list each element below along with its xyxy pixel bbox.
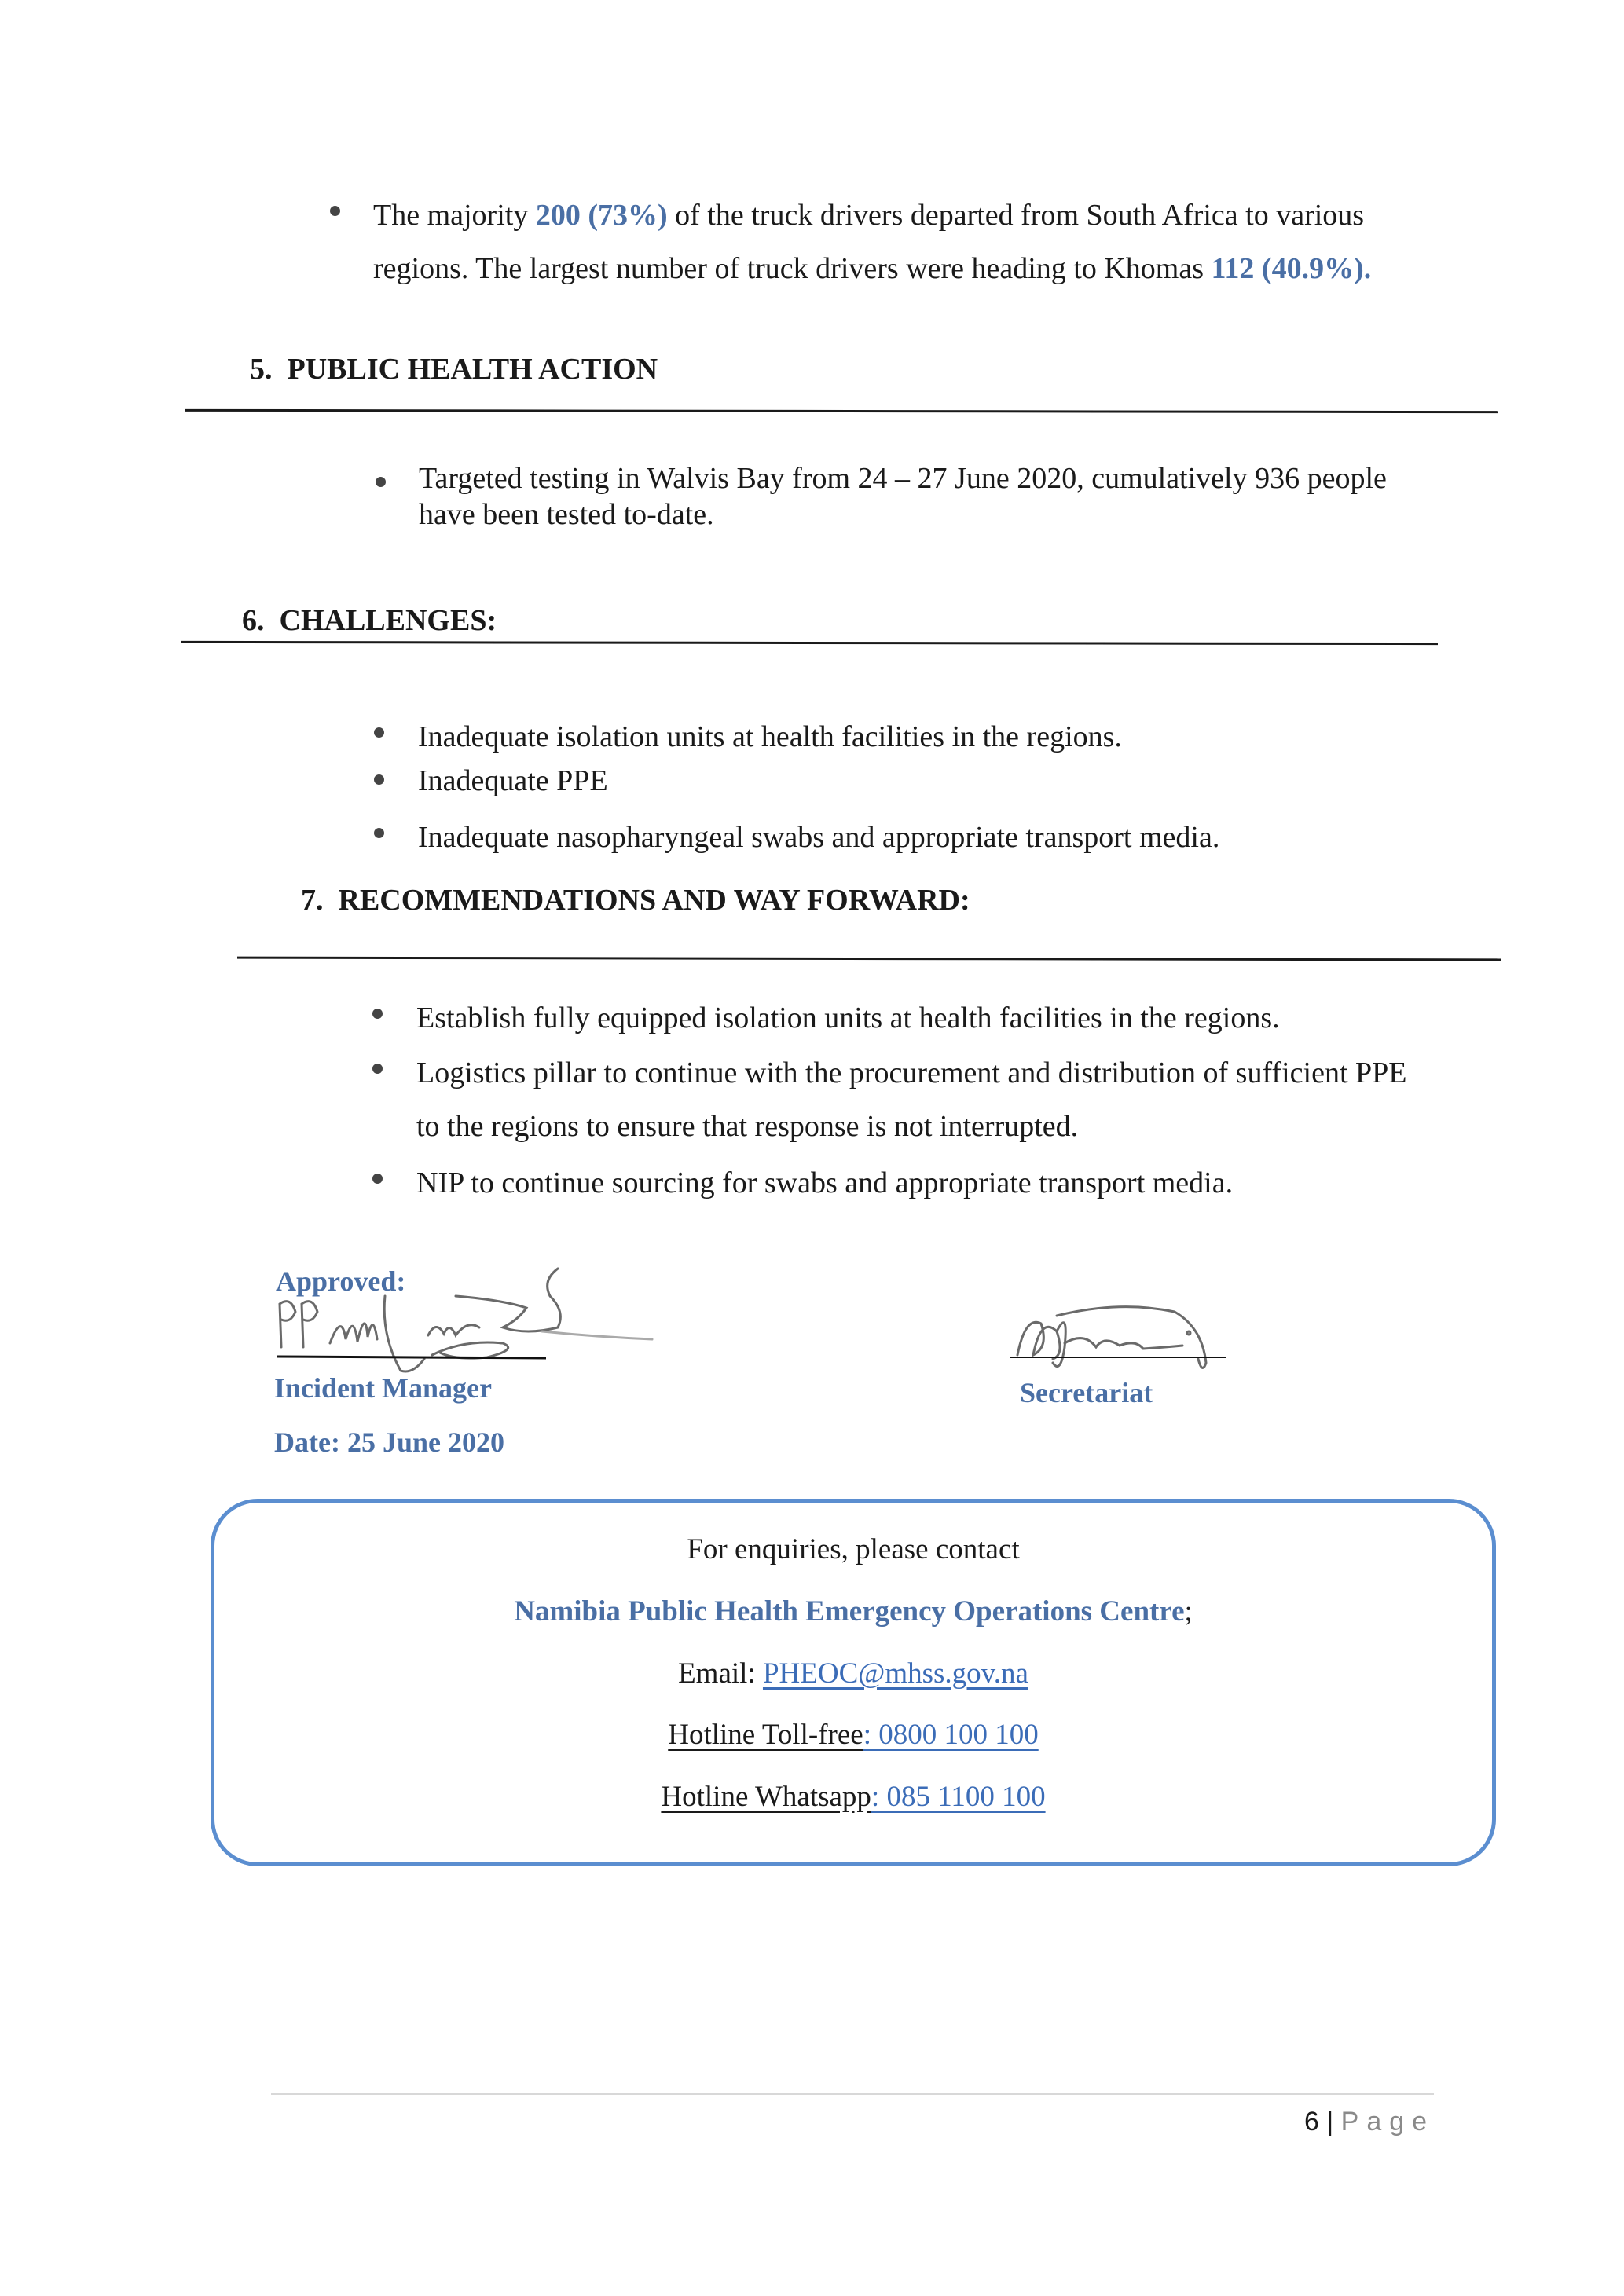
bullet-icon <box>372 1009 383 1019</box>
section-divider <box>237 957 1501 961</box>
challenge-item: Inadequate PPE <box>418 754 608 807</box>
section5-bullet: Targeted testing in Walvis Bay from 24 –… <box>419 460 1387 533</box>
contact-whatsapp: Hotline Whatsapp: 085 1100 100 <box>214 1780 1492 1814</box>
tollfree-number-link[interactable]: : 0800 100 100 <box>863 1719 1039 1751</box>
challenge-item: Inadequate nasopharyngeal swabs and appr… <box>418 811 1219 864</box>
bullet-icon <box>374 828 384 838</box>
whatsapp-number-link[interactable]: : 085 1100 100 <box>871 1781 1046 1813</box>
section4-bullet-line1: The majority 200 (73%) of the truck driv… <box>373 189 1364 242</box>
contact-intro: For enquiries, please contact <box>214 1532 1492 1566</box>
section4-bullet-line2: regions. The largest number of truck dri… <box>373 242 1371 295</box>
bullet-icon <box>374 727 384 738</box>
bullet-icon <box>374 774 384 785</box>
contact-organization: Namibia Public Health Emergency Operatio… <box>214 1595 1492 1628</box>
section-divider <box>181 641 1438 645</box>
approval-date: Date: 25 June 2020 <box>274 1426 504 1459</box>
recommendation-item: NIP to continue sourcing for swabs and a… <box>416 1156 1233 1210</box>
bullet-icon <box>372 1174 383 1184</box>
highlight-value: 112 (40.9%). <box>1212 252 1372 285</box>
email-link[interactable]: PHEOC@mhss.gov.na <box>763 1657 1028 1690</box>
bullet-icon <box>372 1064 383 1074</box>
recommendation-item: Logistics pillar to continue with the pr… <box>416 1046 1406 1153</box>
bullet-icon <box>330 206 340 216</box>
recommendation-item: Establish fully equipped isolation units… <box>416 991 1280 1045</box>
contact-info-box: For enquiries, please contact Namibia Pu… <box>211 1499 1496 1866</box>
signature-secretariat <box>1010 1300 1237 1379</box>
role-secretariat: Secretariat <box>1020 1376 1153 1409</box>
footer-divider <box>271 2093 1434 2095</box>
section-heading-recommendations: 7. RECOMMENDATIONS AND WAY FORWARD: <box>301 883 970 917</box>
section-divider <box>185 409 1498 413</box>
section-heading-public-health-action: 5. PUBLIC HEALTH ACTION <box>250 352 658 386</box>
contact-email: Email: PHEOC@mhss.gov.na <box>214 1657 1492 1690</box>
page-number: 6 | Page <box>1304 2107 1435 2137</box>
role-incident-manager: Incident Manager <box>274 1371 492 1404</box>
bullet-icon <box>376 477 386 487</box>
contact-tollfree: Hotline Toll-free: 0800 100 100 <box>214 1718 1492 1752</box>
highlight-value: 200 (73%) <box>536 199 668 232</box>
section-heading-challenges: 6. CHALLENGES: <box>242 603 497 638</box>
